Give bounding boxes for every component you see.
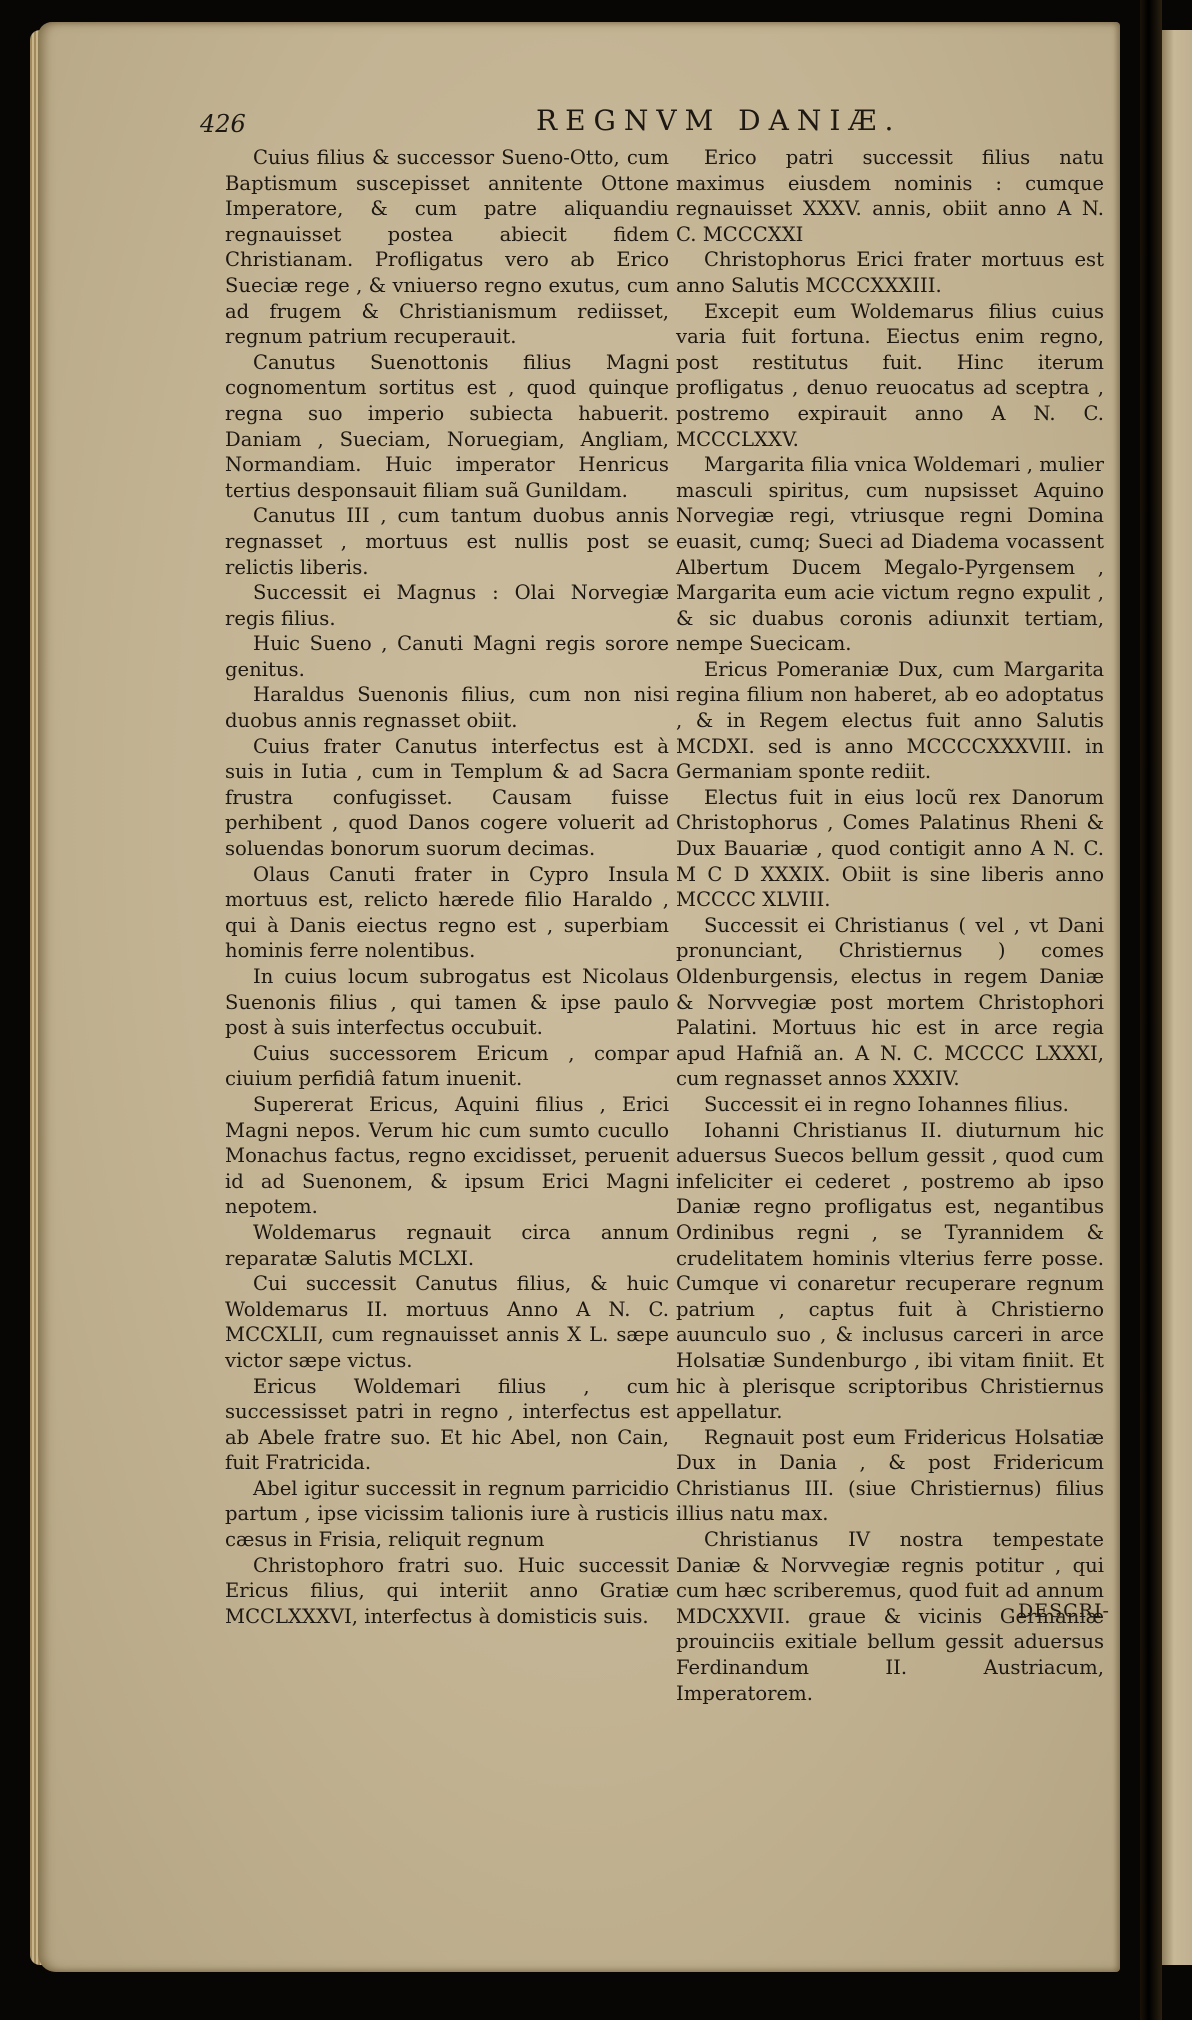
catchword: DESCRI- [1018,1600,1110,1622]
book-gutter [1140,0,1162,2020]
paragraph: Cuius successorem Ericum , compar ciuium… [225,1041,669,1092]
paragraph: Successit ei in regno Iohannes filius. [676,1092,1104,1118]
paragraph: Ericus Pomeraniæ Dux, cum Margarita regi… [676,657,1104,785]
paragraph: Supererat Ericus, Aquini filius , Erici … [225,1092,669,1220]
paragraph: Cui successit Canutus filius, & huic Wol… [225,1271,669,1373]
paragraph: Canutus Suenottonis filius Magni cognome… [225,350,669,504]
paragraph: Huic Sueno , Canuti Magni regis sorore g… [225,631,669,682]
paragraph: Cuius filius & successor Sueno-Otto, cum… [225,145,669,350]
paragraph: Successit ei Magnus : Olai Norvegiæ regi… [225,580,669,631]
paragraph: Erico patri successit filius natu maximu… [676,145,1104,247]
paragraph: In cuius locum subrogatus est Nicolaus S… [225,964,669,1041]
paragraph: Christophoro fratri suo. Huic successit … [225,1553,669,1630]
left-column: Cuius filius & successor Sueno-Otto, cum… [225,145,669,1629]
paragraph: Margarita filia vnica Woldemari , mulier… [676,452,1104,657]
paragraph: Excepit eum Woldemarus filius cuius vari… [676,299,1104,453]
paragraph: Abel igitur successit in regnum parricid… [225,1476,669,1553]
paragraph: Iohanni Christianus II. diuturnum hic ad… [676,1118,1104,1425]
right-column: Erico patri successit filius natu maximu… [676,145,1104,1706]
paragraph: Olaus Canuti frater in Cypro Insula mort… [225,862,669,964]
page-number: 426 [200,110,246,138]
paragraph: Canutus III , cum tantum duobus annis re… [225,503,669,580]
facing-page-edge [1162,30,1192,1965]
paragraph: Haraldus Suenonis filius, cum non nisi d… [225,682,669,733]
paragraph: Regnauit post eum Fridericus Holsatiæ Du… [676,1425,1104,1527]
paragraph: Woldemarus regnauit circa annum reparatæ… [225,1220,669,1271]
paragraph: Electus fuit in eius locũ rex Danorum Ch… [676,785,1104,913]
paragraph: Christophorus Erici frater mortuus est a… [676,247,1104,298]
paragraph: Cuius frater Canutus interfectus est à s… [225,734,669,862]
running-head: 426 REGNVM DANIÆ. [200,104,1100,144]
paragraph: Ericus Woldemari filius , cum successiss… [225,1374,669,1476]
running-title: REGNVM DANIÆ. [536,104,901,137]
paragraph: Successit ei Christianus ( vel , vt Dani… [676,913,1104,1092]
